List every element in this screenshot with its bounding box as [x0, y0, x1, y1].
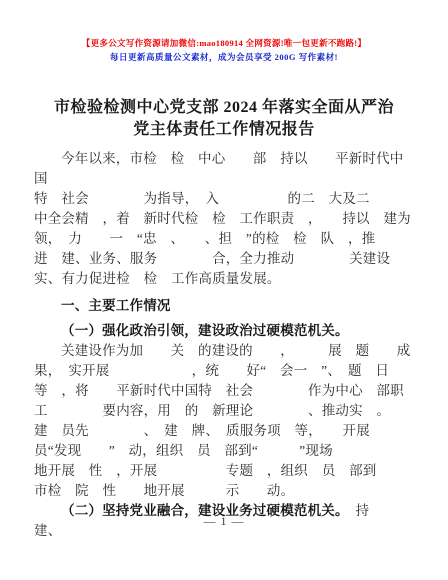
body-line: 工 要内容，用 的 新理论 、推动实 。	[34, 401, 414, 421]
body-line: 关建设作为加 关 的建设的 ， 展 题 成	[34, 341, 414, 361]
promo-banner-blue-line: 每日更新高质量公文素材，成为会员享受 200G 写作素材!	[34, 52, 414, 63]
document-body: 今年以来，市检 检 中心 部 持以 平新时代中国 特 社会 为指导， 入 的二 …	[34, 149, 414, 541]
document-title: 市检验检测中心党支部 2024 年落实全面从严治 党主体责任工作情况报告	[34, 97, 414, 141]
page-number: — 1 —	[0, 514, 448, 529]
body-line: 实、有力促进检 检 工作高质量发展。	[34, 269, 414, 289]
promo-banner: 【更多公文写作资源请加微信:mao180914 全网资源!唯一包更新不跑路!】 …	[34, 38, 414, 63]
document-page: 【更多公文写作资源请加微信:mao180914 全网资源!唯一包更新不跑路!】 …	[0, 0, 448, 580]
body-line: 特 社会 为指导， 入 的二 大及二	[34, 189, 414, 209]
body-line: 市检 院 性 地开展 示 动。	[34, 481, 414, 501]
body-line: 进 建、业务、服务 合，全力推动 关建设	[34, 249, 414, 269]
section-heading-1-1: （一）强化政治引领，建设政治过硬模范机关。	[34, 321, 414, 341]
document-title-line2: 党主体责任工作情况报告	[34, 119, 414, 141]
body-line: 领， 力 一 “忠 、 、担 ”的检 检 队 ，推	[34, 229, 414, 249]
section-heading-1: 一、主要工作情况	[34, 296, 414, 316]
body-line: 等 ，将 平新时代中国特 社会 作为中心 部职	[34, 381, 414, 401]
body-line: 建 员先 、 建 牌、 质服务项 等， 开展	[34, 421, 414, 441]
body-line: 今年以来，市检 检 中心 部 持以 平新时代中国	[34, 149, 414, 189]
body-line: 员“发现 ” 动，组织 员 部到“ ”现场	[34, 441, 414, 461]
body-line: 中全会精 ，着 新时代检 检 工作职责 ， 持以 建为	[34, 209, 414, 229]
promo-banner-red-line: 【更多公文写作资源请加微信:mao180914 全网资源!唯一包更新不跑路!】	[34, 38, 414, 49]
body-line: 地开展 性 ，开展 专题 ，组织 员 部到	[34, 461, 414, 481]
document-title-line1: 市检验检测中心党支部 2024 年落实全面从严治	[34, 97, 414, 119]
body-line: 果， 实开展 ，统 好“ 会一 ”、 题 日	[34, 361, 414, 381]
